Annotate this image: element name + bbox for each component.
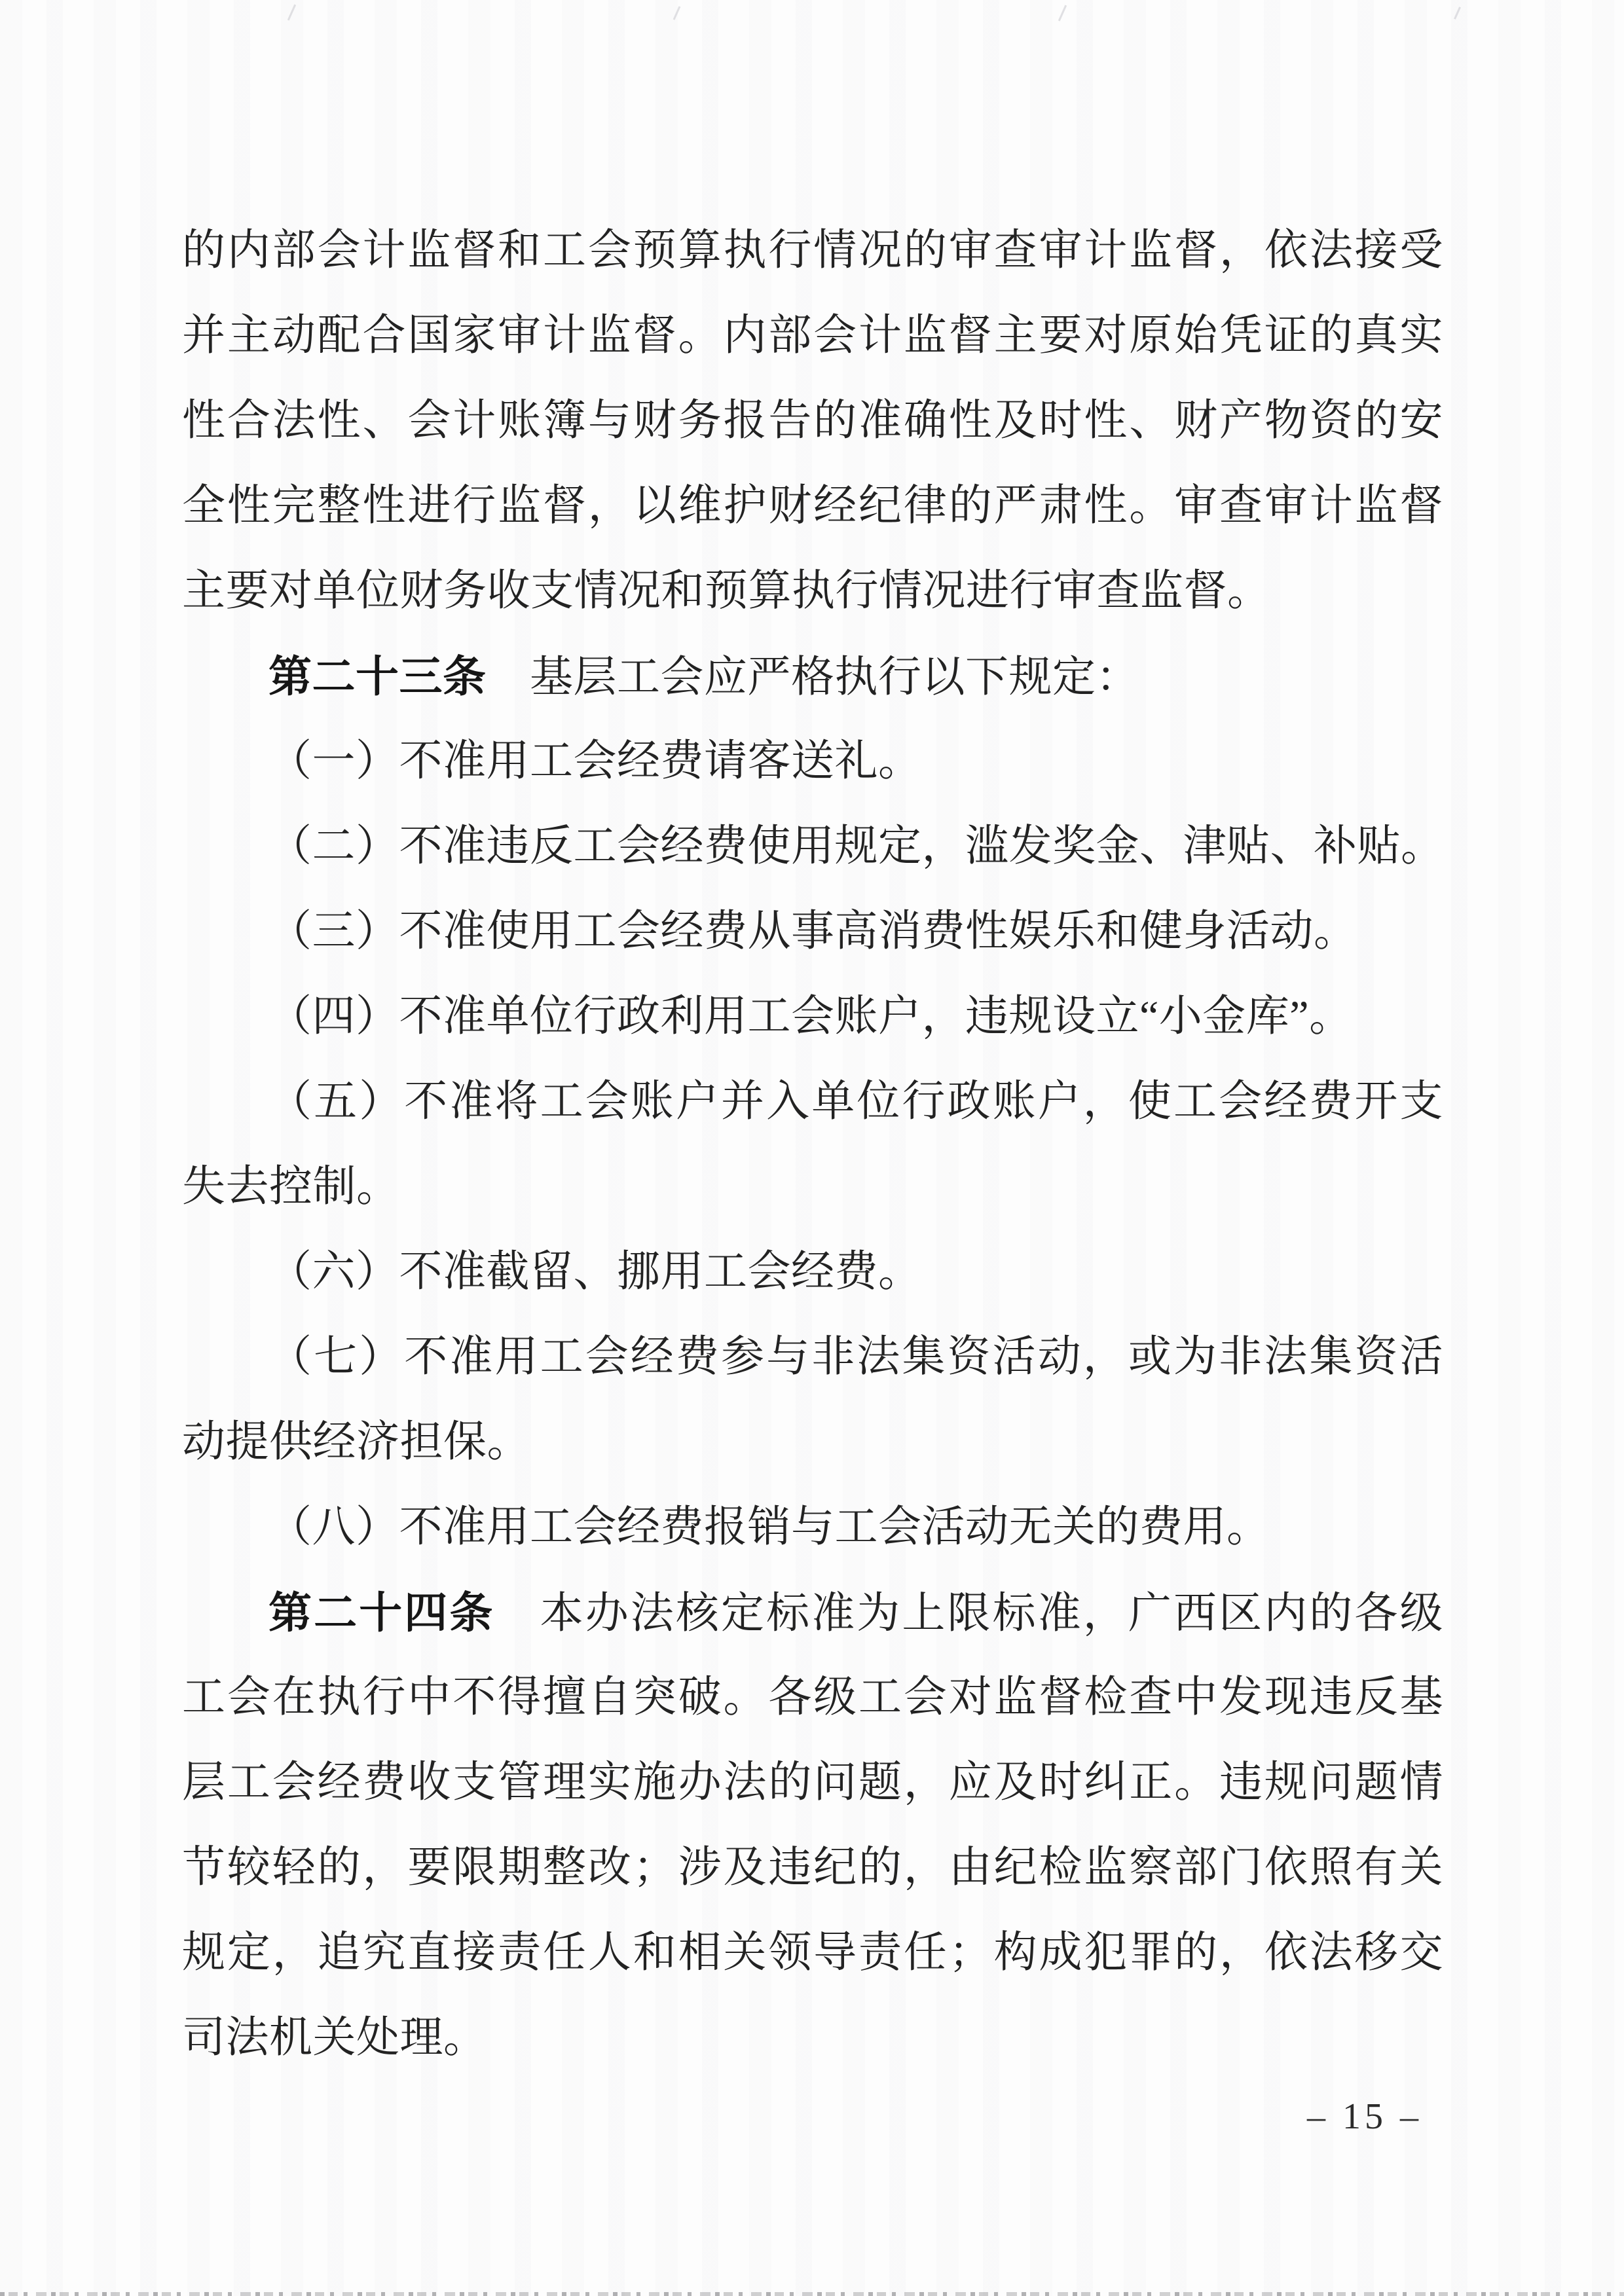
text-run: （二）不准违反工会经费使用规定，滥发奖金、津贴、补贴。 — [268, 822, 1445, 870]
text-line: 动提供经济担保。 — [182, 1400, 1443, 1485]
text-line: 节较轻的，要限期整改；涉及违纪的，由纪检监察部门依照有关 — [182, 1825, 1443, 1910]
text-run: 层工会经费收支管理实施办法的问题，应及时纠正。违规问题情 — [182, 1758, 1443, 1806]
page-number: – 15 – — [1307, 2096, 1451, 2137]
article-number: 第二十三条 — [268, 652, 487, 701]
text-line: （一）不准用工会经费请客送礼。 — [182, 719, 1443, 804]
text-line: 主要对单位财务收支情况和预算执行情况进行审查监督。 — [182, 549, 1443, 634]
text-line: （四）不准单位行政利用工会账户，违规设立“小金库”。 — [182, 974, 1443, 1059]
text-run: （一）不准用工会经费请客送礼。 — [268, 737, 922, 785]
text-line: 性合法性、会计账簿与财务报告的准确性及时性、财产物资的安 — [182, 378, 1443, 464]
text-run: （五）不准将工会账户并入单位行政账户，使工会经费开支 — [268, 1078, 1443, 1125]
text-line: 规定，追究直接责任人和相关领导责任；构成犯罪的，依法移交 — [182, 1910, 1443, 1995]
text-run: 并主动配合国家审计监督。内部会计监督主要对原始凭证的真实 — [182, 312, 1443, 359]
text-run: （七）不准用工会经费参与非法集资活动，或为非法集资活 — [268, 1333, 1443, 1381]
text-run: 节较轻的，要限期整改；涉及违纪的，由纪检监察部门依照有关 — [182, 1844, 1443, 1891]
article-number: 第二十四条 — [268, 1588, 495, 1637]
text-line: 全性完整性进行监督，以维护财经纪律的严肃性。审查审计监督 — [182, 464, 1443, 549]
text-run: 性合法性、会计账簿与财务报告的准确性及时性、财产物资的安 — [182, 397, 1443, 445]
text-run: 本办法核定标准为上限标准，广西区内的各级 — [495, 1590, 1444, 1637]
text-line: （三）不准使用工会经费从事高消费性娱乐和健身活动。 — [182, 889, 1443, 974]
text-run: 基层工会应严格执行以下规定： — [487, 653, 1140, 701]
text-run: （六）不准截留、挪用工会经费。 — [268, 1248, 922, 1296]
text-run: （八）不准用工会经费报销与工会活动无关的费用。 — [268, 1503, 1270, 1551]
text-line: 失去控制。 — [182, 1144, 1443, 1230]
text-run: （四）不准单位行政利用工会账户，违规设立“小金库”。 — [268, 993, 1353, 1040]
document-body: 的内部会计监督和工会预算执行情况的审查审计监督，依法接受并主动配合国家审计监督。… — [182, 208, 1443, 2081]
text-run: 主要对单位财务收支情况和预算执行情况进行审查监督。 — [182, 567, 1271, 615]
text-line: （二）不准违反工会经费使用规定，滥发奖金、津贴、补贴。 — [182, 804, 1443, 889]
text-line: （八）不准用工会经费报销与工会活动无关的费用。 — [182, 1485, 1443, 1570]
scan-artifact-bottom-edge — [0, 2292, 1624, 2296]
text-run: 规定，追究直接责任人和相关领导责任；构成犯罪的，依法移交 — [182, 1929, 1443, 1977]
text-line: 并主动配合国家审计监督。内部会计监督主要对原始凭证的真实 — [182, 293, 1443, 378]
text-line: 第二十三条 基层工会应严格执行以下规定： — [182, 634, 1443, 719]
text-line: 工会在执行中不得擅自突破。各级工会对监督检查中发现违反基 — [182, 1655, 1443, 1740]
text-run: （三）不准使用工会经费从事高消费性娱乐和健身活动。 — [268, 907, 1357, 955]
text-line: （六）不准截留、挪用工会经费。 — [182, 1230, 1443, 1315]
text-line: 第二十四条 本办法核定标准为上限标准，广西区内的各级 — [182, 1570, 1443, 1655]
scanned-document-page: { "page": { "page_number": "– 15 –", "co… — [0, 0, 1624, 2296]
text-line: （五）不准将工会账户并入单位行政账户，使工会经费开支 — [182, 1059, 1443, 1144]
text-run: 失去控制。 — [182, 1163, 400, 1211]
text-run: 的内部会计监督和工会预算执行情况的审查审计监督，依法接受 — [182, 227, 1443, 274]
text-line: 层工会经费收支管理实施办法的问题，应及时纠正。违规问题情 — [182, 1740, 1443, 1825]
text-run: 全性完整性进行监督，以维护财经纪律的严肃性。审查审计监督 — [182, 482, 1443, 530]
text-run: 工会在执行中不得擅自突破。各级工会对监督检查中发现违反基 — [182, 1673, 1443, 1721]
text-run: 动提供经济担保。 — [182, 1418, 530, 1466]
text-line: （七）不准用工会经费参与非法集资活动，或为非法集资活 — [182, 1315, 1443, 1400]
text-line: 司法机关处理。 — [182, 1995, 1443, 2081]
text-line: 的内部会计监督和工会预算执行情况的审查审计监督，依法接受 — [182, 208, 1443, 293]
text-run: 司法机关处理。 — [182, 2014, 487, 2062]
